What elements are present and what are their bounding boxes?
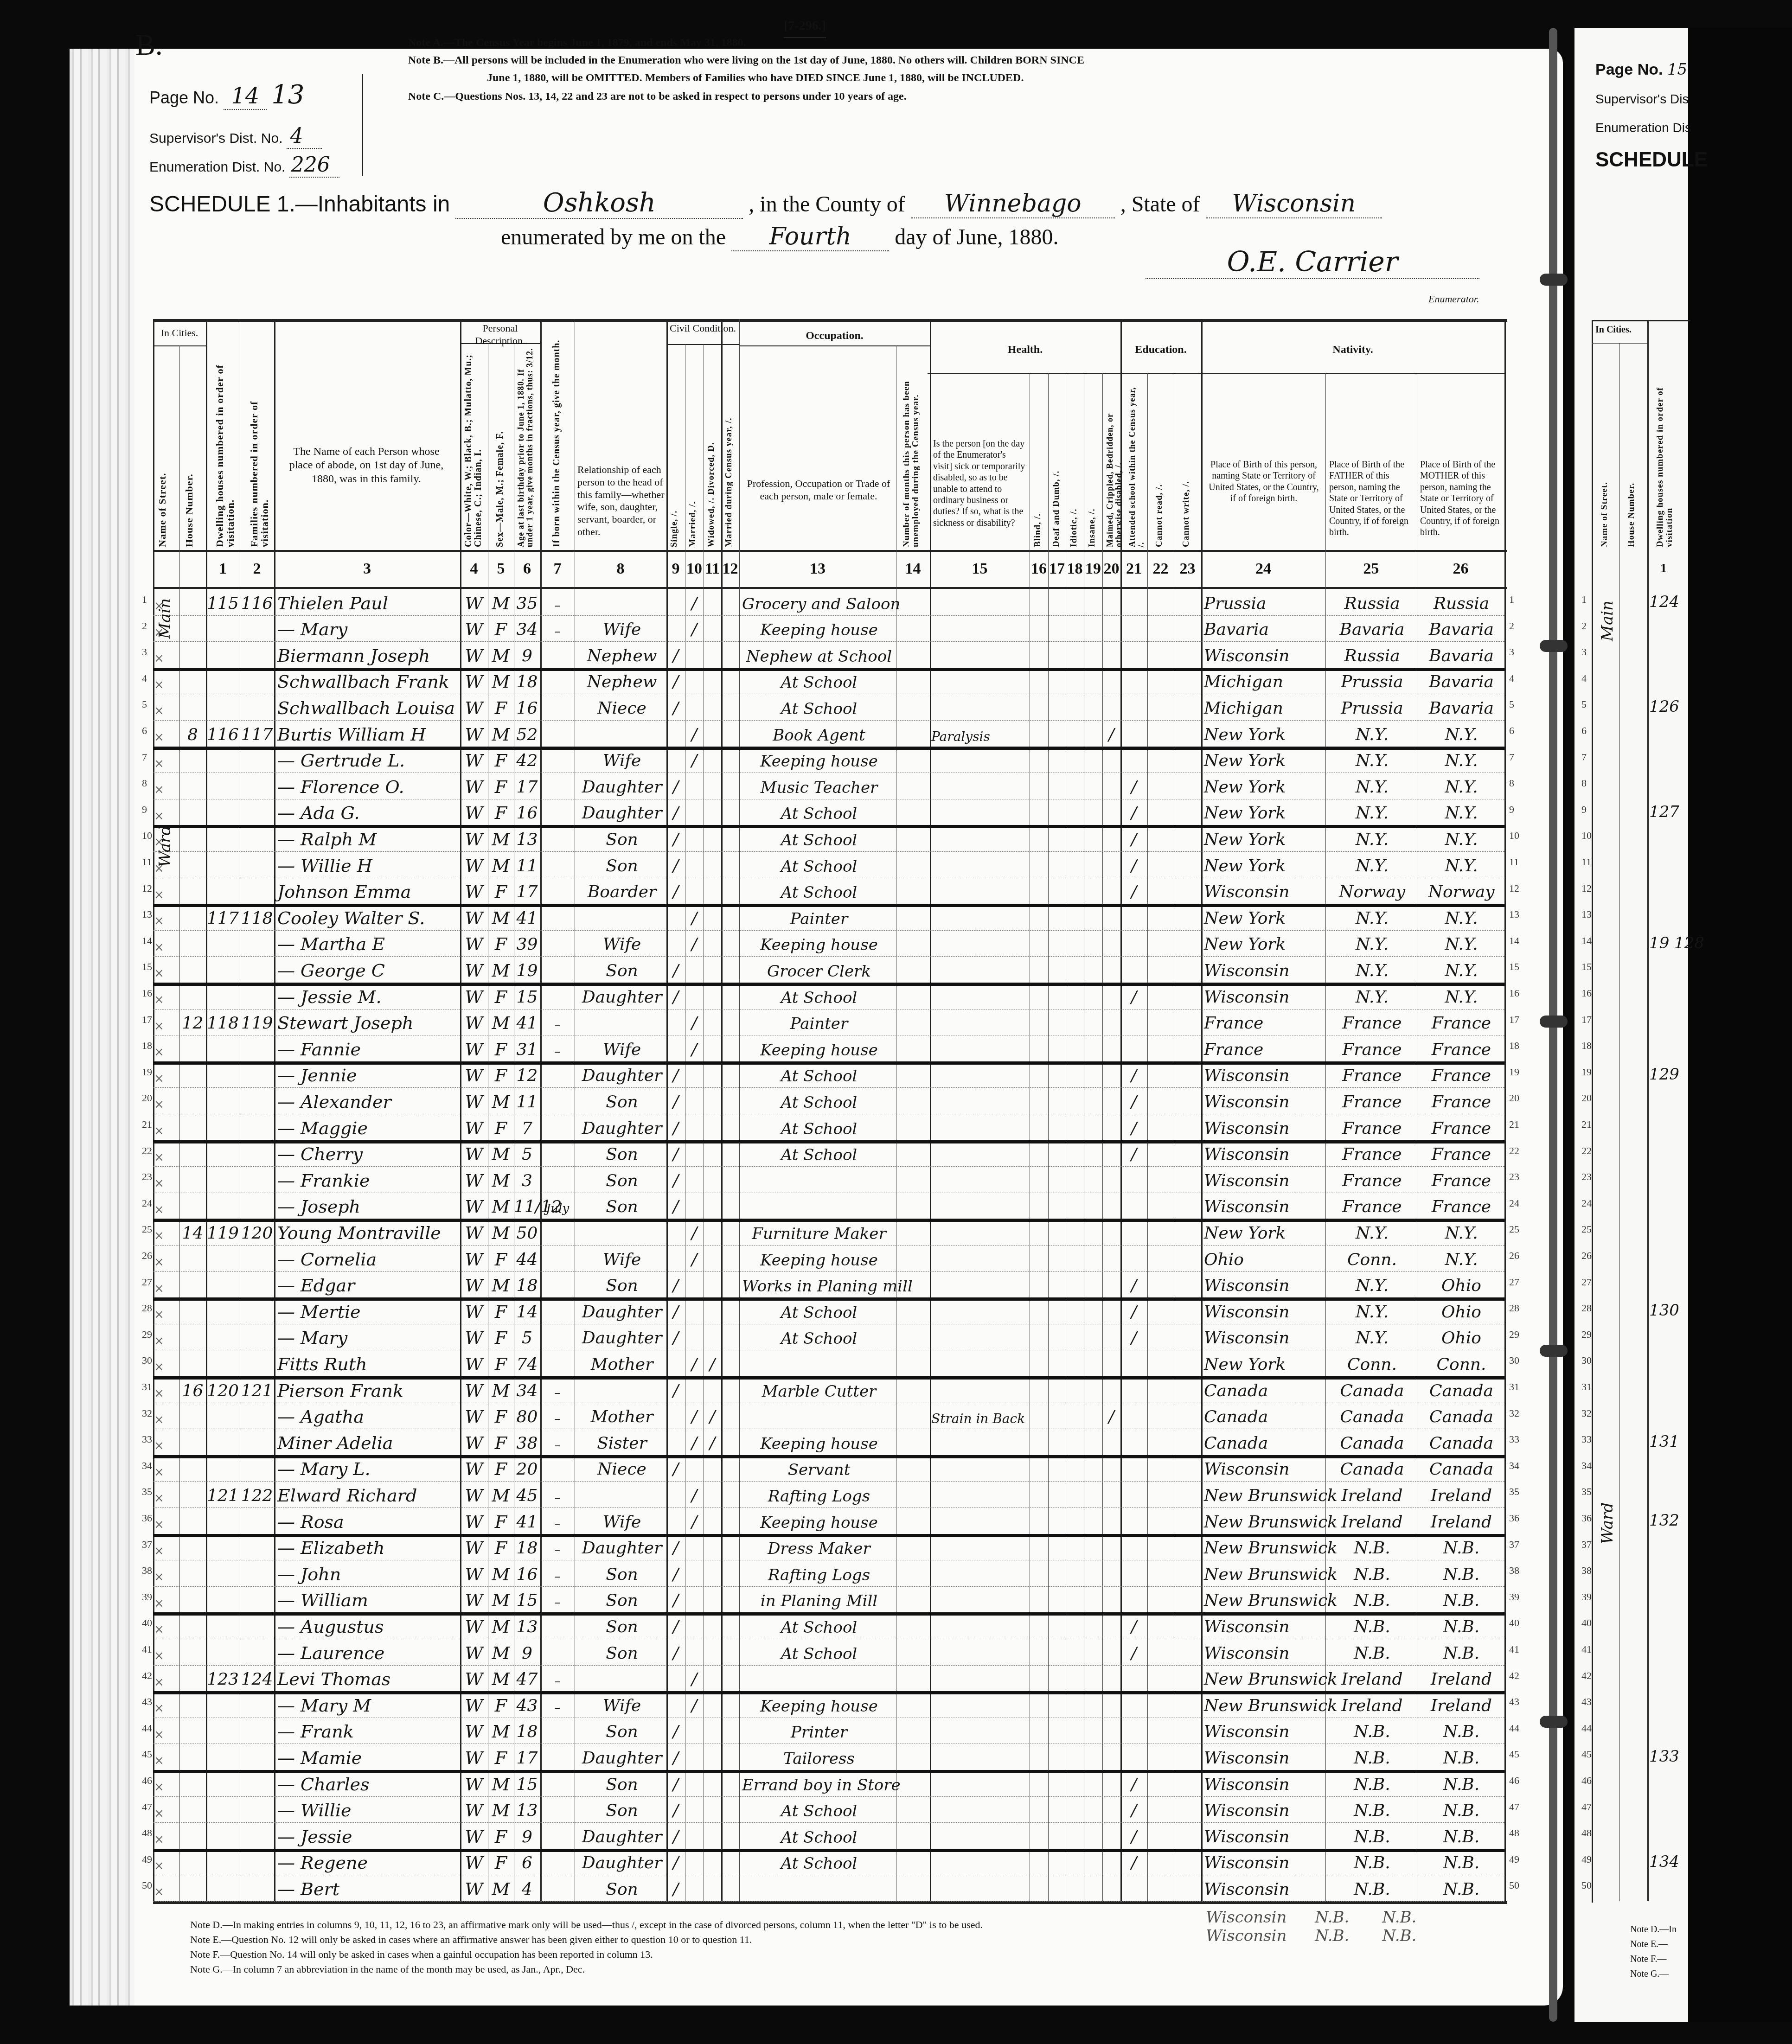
cell-sex: M	[488, 724, 514, 745]
cell-name: Cooley Walter S.	[277, 908, 460, 928]
row-number-right: 7	[1509, 751, 1514, 763]
cell-name: Schwallbach Frank	[277, 671, 460, 692]
cell-mother: N.B.	[1418, 1591, 1504, 1610]
cell-relation: Mother	[577, 1407, 666, 1426]
cell-color: W	[460, 1433, 488, 1453]
cell-father: N.Y.	[1327, 778, 1417, 797]
cell-mother: N.Y.	[1418, 804, 1504, 823]
cell-mother: Canada	[1418, 1460, 1504, 1479]
cell-name: — Bert	[277, 1879, 460, 1899]
cell-color: W	[460, 593, 488, 613]
cell-relation: Son	[577, 1171, 666, 1190]
census-row: 131313117118Cooley Walter S.WM41/Painter…	[0, 904, 1792, 930]
cell-occupation: Keeping house	[742, 1697, 896, 1716]
cell-father: N.B.	[1327, 1801, 1417, 1820]
cell-age: 16	[514, 699, 540, 718]
cell-birth: New York	[1204, 856, 1325, 875]
cell-birth: Wisconsin	[1204, 1880, 1325, 1899]
row-number: 40	[142, 1617, 152, 1629]
cell-color: W	[460, 856, 488, 876]
row-number: 6	[142, 725, 147, 737]
cell-sex: F	[488, 1118, 514, 1138]
next-row-number: 50	[1581, 1879, 1592, 1891]
cell-father: N.Y.	[1327, 856, 1417, 875]
cell-occupation: At School	[742, 1802, 896, 1820]
street-annotation-main: Main	[156, 598, 174, 639]
cell-sex: M	[488, 1013, 514, 1033]
cell-age: 44	[514, 1250, 540, 1269]
cell-married: /	[685, 1513, 704, 1532]
cell-widowed: /	[704, 1355, 721, 1374]
cell-occupation: Printer	[742, 1723, 896, 1742]
cell-birth: New York	[1204, 1355, 1325, 1374]
row-number: 8	[142, 777, 147, 789]
cell-age: 41	[514, 1513, 540, 1532]
cell-age: 18	[514, 1276, 540, 1295]
header-c17: Deaf and Dumb, /.	[1052, 445, 1061, 547]
row-number-right: 29	[1509, 1329, 1519, 1341]
cell-color: W	[460, 1827, 488, 1847]
cell-occupation: Painter	[742, 910, 896, 928]
cell-relation: Wife	[577, 1250, 666, 1269]
cell-month: –	[540, 1045, 575, 1059]
next-row-number: 26	[1581, 1250, 1592, 1262]
cell-single: /	[666, 1145, 685, 1164]
cell-mother: N.Y.	[1418, 988, 1504, 1007]
census-row: 31313116120121Pierson FrankWM34–/Marble …	[0, 1376, 1792, 1403]
cell-father: Canada	[1327, 1460, 1417, 1479]
cell-sex: M	[488, 1616, 514, 1637]
cell-name: — Gertrude L.	[277, 750, 460, 771]
column-number: 19	[1084, 560, 1102, 578]
check-mark-icon: ×	[154, 1754, 164, 1768]
cell-family: 120	[240, 1224, 274, 1243]
census-row: 888— Florence O.WF17Daughter/Music Teach…	[0, 773, 1792, 799]
cell-birth: Wisconsin	[1204, 1853, 1325, 1872]
cell-sex: M	[488, 1092, 514, 1112]
cell-age: 34	[514, 620, 540, 639]
cell-relation: Son	[577, 961, 666, 980]
next-schedule-label: SCHEDULE	[1595, 148, 1708, 172]
cell-married: /	[685, 751, 704, 770]
street-annotation-ward: Ward	[156, 825, 174, 867]
next-dwelling-value: 129	[1649, 1065, 1679, 1084]
cell-mother: Ireland	[1418, 1486, 1504, 1505]
census-row: 494949— RegeneWF6Daughter/At School/Wisc…	[0, 1849, 1792, 1875]
cell-age: 31	[514, 1040, 540, 1059]
cell-color: W	[460, 960, 488, 981]
cell-relation: Son	[577, 1197, 666, 1216]
cell-age: 42	[514, 751, 540, 770]
check-mark-icon: ×	[154, 1675, 164, 1689]
cell-school: /	[1120, 1775, 1147, 1794]
cell-mother: N.Y.	[1418, 1224, 1504, 1243]
check-mark-icon: ×	[154, 1334, 164, 1348]
cell-school: /	[1120, 1801, 1147, 1820]
cell-month: –	[540, 1543, 575, 1557]
next-row-number: 9	[1581, 804, 1587, 816]
note-g: Note G.—In column 7 an abbreviation in t…	[190, 1962, 1210, 1977]
cell-occupation: Keeping house	[742, 1435, 896, 1453]
row-number-right: 1	[1509, 594, 1514, 606]
cell-mother: France	[1418, 1092, 1504, 1111]
cell-occupation: Keeping house	[742, 621, 896, 639]
header-c1: Dwelling houses numbered in order of vis…	[214, 352, 236, 547]
overflow-mother: N.B.	[1382, 1908, 1416, 1927]
cell-name: Elward Richard	[277, 1485, 460, 1506]
cell-age: 17	[514, 778, 540, 797]
next-row-number: 31	[1581, 1381, 1592, 1393]
cell-school: /	[1120, 988, 1147, 1007]
header-brace	[362, 74, 363, 176]
column-number: 12	[721, 560, 739, 578]
cell-family: 119	[240, 1014, 274, 1033]
cell-birth: Prussia	[1204, 594, 1325, 613]
cell-father: France	[1327, 1014, 1417, 1033]
cell-color: W	[460, 1328, 488, 1348]
cell-birth: Wisconsin	[1204, 1171, 1325, 1190]
row-number: 27	[142, 1276, 152, 1288]
cell-name: Biermann Joseph	[277, 645, 460, 666]
cell-occupation: Marble Cutter	[742, 1382, 896, 1401]
row-number-right: 18	[1509, 1040, 1519, 1052]
cell-married: /	[685, 620, 704, 639]
check-mark-icon: ×	[154, 1255, 164, 1269]
cell-occupation: Grocer Clerk	[742, 962, 896, 981]
next-page-no-label: Page No.	[1595, 61, 1663, 78]
cell-school: /	[1120, 856, 1147, 875]
next-dwelling-value: 127	[1649, 803, 1679, 821]
row-number-right: 43	[1509, 1696, 1519, 1708]
census-row: 484848— JessieWF9Daughter/At School/Wisc…	[0, 1822, 1792, 1849]
cell-mother: Ireland	[1418, 1670, 1504, 1689]
cell-sex: M	[488, 908, 514, 928]
cell-age: 80	[514, 1407, 540, 1426]
cell-color: W	[460, 645, 488, 666]
note-b-cont: June 1, 1880, will be OMITTED. Members o…	[487, 72, 1024, 83]
cell-school: /	[1120, 1119, 1147, 1138]
cell-occupation: At School	[742, 1828, 896, 1847]
cell-month: –	[540, 1570, 575, 1584]
cell-school: /	[1120, 830, 1147, 849]
row-number: 12	[142, 882, 152, 894]
next-row-number: 19	[1581, 1066, 1592, 1078]
cell-color: W	[460, 803, 488, 823]
column-number: 17	[1048, 560, 1066, 578]
cell-age: 74	[514, 1355, 540, 1374]
row-number-right: 8	[1509, 777, 1514, 789]
next-row-number: 29	[1581, 1329, 1592, 1341]
cell-occupation: At School	[742, 831, 896, 850]
next-header-street: Name of Street.	[1600, 394, 1609, 547]
overflow-entry: Wisconsin N.B. N.B.	[1206, 1927, 1416, 1945]
cell-name: Pierson Frank	[277, 1380, 460, 1401]
cell-single: /	[666, 1381, 685, 1400]
next-page-no-value: 15	[1667, 60, 1687, 79]
cell-relation: Niece	[577, 699, 666, 718]
cell-mother: Bavaria	[1418, 672, 1504, 691]
cell-birth: New Brunswick	[1204, 1591, 1325, 1610]
cell-father: Norway	[1327, 882, 1417, 901]
cell-occupation: At School	[742, 1645, 896, 1663]
cell-dwelling: 120	[206, 1381, 240, 1400]
row-number-right: 25	[1509, 1223, 1519, 1235]
next-row-number: 18	[1581, 1040, 1592, 1052]
cell-birth: France	[1204, 1040, 1325, 1059]
cell-birth: New York	[1204, 830, 1325, 849]
cell-birth: Michigan	[1204, 672, 1325, 691]
cell-color: W	[460, 1039, 488, 1060]
census-row: 161616— Jessie M.WF15Daughter/At School/…	[0, 983, 1792, 1009]
cell-occupation: Errand boy in Store	[742, 1776, 896, 1795]
census-row: 232323— FrankieWM3Son/WisconsinFranceFra…	[0, 1166, 1792, 1193]
next-row-number: 15	[1581, 961, 1592, 973]
header-c18: Idiotic, /.	[1069, 464, 1079, 547]
cell-age: 15	[514, 1591, 540, 1610]
cell-name: Schwallbach Louisa	[277, 698, 460, 718]
next-dwelling-value: 134	[1649, 1852, 1679, 1871]
next-row-number: 13	[1581, 908, 1592, 920]
cell-father: Russia	[1327, 594, 1417, 613]
row-number-right: 44	[1509, 1722, 1519, 1734]
cell-sex: M	[488, 1800, 514, 1820]
cell-color: W	[460, 1538, 488, 1558]
enumeration-field: Enumeration Dist. No. 226	[149, 153, 339, 177]
check-mark-icon: ×	[154, 1019, 164, 1033]
cell-relation: Wife	[577, 1513, 666, 1532]
cell-birth: New Brunswick	[1204, 1513, 1325, 1532]
row-number-right: 24	[1509, 1197, 1519, 1209]
next-street-ward: Ward	[1598, 1502, 1617, 1544]
row-number: 4	[142, 672, 147, 684]
cell-mother: N.B.	[1418, 1722, 1504, 1741]
row-number-right: 27	[1509, 1276, 1519, 1288]
census-row: 414141— LaurenceWM9Son/At School/Wiscons…	[0, 1639, 1792, 1665]
date-suffix: day of June, 1880.	[895, 225, 1058, 249]
cell-father: N.B.	[1327, 1722, 1417, 1741]
check-mark-icon: ×	[154, 1203, 164, 1217]
cell-father: France	[1327, 1119, 1417, 1138]
cell-color: W	[460, 1748, 488, 1768]
check-mark-icon: ×	[154, 993, 164, 1007]
next-row-number: 17	[1581, 1014, 1592, 1026]
cell-birth: Wisconsin	[1204, 646, 1325, 665]
cell-mother: N.B.	[1418, 1775, 1504, 1794]
cell-color: W	[460, 1879, 488, 1899]
cell-mother: N.Y.	[1418, 751, 1504, 770]
check-mark-icon: ×	[154, 757, 164, 771]
row-number-right: 5	[1509, 698, 1514, 710]
cell-school: /	[1120, 1644, 1147, 1663]
census-row: 777— Gertrude L.WF42Wife/Keeping houseNe…	[0, 747, 1792, 773]
cell-single: /	[666, 882, 685, 901]
cell-sex: M	[488, 645, 514, 666]
cell-relation: Daughter	[577, 1303, 666, 1322]
cell-married: /	[685, 1040, 704, 1059]
cell-birth: Wisconsin	[1204, 961, 1325, 980]
supervisor-value: 4	[287, 124, 322, 149]
census-row: 353535121122Elward RichardWM45–/Rafting …	[0, 1481, 1792, 1507]
cell-house: 12	[179, 1014, 206, 1033]
column-number: 18	[1066, 560, 1084, 578]
table-top-border	[153, 319, 1507, 322]
next-header-dwelling: Dwelling houses numbered in order of vis…	[1656, 352, 1674, 547]
cell-relation: Daughter	[577, 1329, 666, 1348]
column-number: 10	[685, 560, 704, 578]
cell-sex: F	[488, 1328, 514, 1348]
cell-father: Prussia	[1327, 672, 1417, 691]
cell-father: N.B.	[1327, 1880, 1417, 1899]
cell-father: Canada	[1327, 1381, 1417, 1400]
column-number: 15	[930, 560, 1030, 578]
next-row-number: 11	[1581, 856, 1591, 868]
cell-father: Ireland	[1327, 1670, 1417, 1689]
header-c20: Maimed, Crippled, Bedridden, or otherwis…	[1106, 380, 1123, 547]
cell-occupation: At School	[742, 1093, 896, 1112]
cell-sex: F	[488, 1406, 514, 1427]
check-mark-icon: ×	[154, 1072, 164, 1086]
header-house: House Number.	[184, 371, 194, 547]
row-number-right: 14	[1509, 935, 1519, 947]
cell-relation: Son	[577, 1092, 666, 1111]
next-row-number: 22	[1581, 1145, 1592, 1157]
cell-single: /	[666, 830, 685, 849]
cell-color: W	[460, 1170, 488, 1191]
cell-relation: Daughter	[577, 1827, 666, 1846]
cell-name: — Cherry	[277, 1144, 460, 1164]
cell-relation: Son	[577, 856, 666, 875]
cell-name: — Jessie M.	[277, 987, 460, 1007]
cell-age: 15	[514, 1775, 540, 1794]
row-number: 20	[142, 1092, 152, 1104]
row-number-right: 10	[1509, 830, 1519, 842]
cell-name: — Frank	[277, 1721, 460, 1742]
cell-relation: Son	[577, 1880, 666, 1899]
next-row-number: 45	[1581, 1748, 1592, 1760]
cell-name: — Mary M	[277, 1695, 460, 1716]
check-mark-icon: ×	[154, 1282, 164, 1296]
supervisor-label: Supervisor's Dist. No.	[149, 131, 282, 146]
cell-occupation: At School	[742, 857, 896, 876]
cell-occupation: At School	[742, 1618, 896, 1637]
row-number: 47	[142, 1801, 152, 1813]
census-row: 333Biermann JosephWM9Nephew/Nephew at Sc…	[0, 641, 1792, 668]
cell-married: /	[685, 1670, 704, 1689]
cell-sex: M	[488, 1721, 514, 1742]
cell-birth: Canada	[1204, 1434, 1325, 1453]
cell-sex: M	[488, 593, 514, 613]
cell-sex: M	[488, 960, 514, 981]
cell-mother: N.B.	[1418, 1644, 1504, 1663]
next-row-number: 12	[1581, 882, 1592, 894]
cell-school: /	[1120, 1329, 1147, 1348]
cell-month: –	[540, 1674, 575, 1688]
cell-single: /	[666, 1171, 685, 1190]
cell-sex: F	[488, 1512, 514, 1532]
page-no-label: Page No.	[149, 88, 219, 107]
census-row: 373737— ElizabethWF18–Daughter/Dress Mak…	[0, 1534, 1792, 1560]
check-mark-icon: ×	[154, 966, 164, 980]
cell-family: 117	[240, 725, 274, 744]
cell-age: 43	[514, 1696, 540, 1715]
group-line	[1201, 373, 1504, 374]
cell-age: 9	[514, 646, 540, 665]
enumerated-line: enumerated by me on the Fourth day of Ju…	[501, 223, 1058, 251]
row-divider	[153, 1901, 1504, 1902]
cell-father: Ireland	[1327, 1486, 1417, 1505]
cell-mother: N.B.	[1418, 1565, 1504, 1584]
check-mark-icon: ×	[154, 1597, 164, 1610]
census-row: 262626— CorneliaWF44Wife/Keeping houseOh…	[0, 1245, 1792, 1271]
row-number: 34	[142, 1460, 152, 1472]
column-number: 16	[1030, 560, 1048, 578]
cell-sex: M	[488, 1774, 514, 1795]
cell-mother: N.Y.	[1418, 909, 1504, 928]
cell-age: 15	[514, 988, 540, 1007]
row-number: 5	[142, 698, 147, 710]
column-number: 21	[1120, 560, 1147, 578]
column-number: 7	[540, 560, 575, 578]
cell-age: 13	[514, 830, 540, 849]
next-row-number: 32	[1581, 1407, 1592, 1419]
cell-age: 17	[514, 1749, 540, 1768]
next-bottom-notes: Note D.—In Note E.— Note F.— Note G.—	[1630, 1922, 1677, 1981]
check-mark-icon: ×	[154, 1360, 164, 1374]
cell-birth: Wisconsin	[1204, 1329, 1325, 1348]
cell-widowed: /	[704, 1407, 721, 1426]
row-number: 22	[142, 1145, 152, 1157]
row-number-right: 46	[1509, 1775, 1519, 1787]
cell-birth: Canada	[1204, 1407, 1325, 1426]
enumerator-signature: O.E. Carrier	[1146, 246, 1479, 279]
next-row-number: 21	[1581, 1118, 1592, 1131]
check-mark-icon: ×	[154, 1098, 164, 1111]
next-row-number: 7	[1581, 751, 1587, 763]
check-mark-icon: ×	[154, 1045, 164, 1059]
check-mark-icon: ×	[154, 1701, 164, 1715]
cell-single: /	[666, 804, 685, 823]
cell-sex: F	[488, 1065, 514, 1086]
cell-mother: N.Y.	[1418, 725, 1504, 744]
column-number: 14	[896, 560, 930, 578]
next-row-number: 2	[1581, 620, 1587, 632]
cell-age: 11	[514, 1092, 540, 1111]
cell-sex: M	[488, 1223, 514, 1243]
supervisor-field: Supervisor's Dist. No. 4	[149, 124, 322, 148]
header-c21: Attended school within the Census year, …	[1128, 380, 1146, 547]
cell-mother: N.B.	[1418, 1801, 1504, 1820]
next-note-e: Note E.—	[1630, 1937, 1677, 1952]
header-c4: Color—White, W.; Black, B.; Mulatto, Mu.…	[464, 348, 483, 547]
next-dwelling-value: 130	[1649, 1301, 1679, 1320]
cell-relation: Son	[577, 1722, 666, 1741]
cell-color: W	[460, 934, 488, 954]
cell-father: N.B.	[1327, 1539, 1417, 1558]
cell-birth: Wisconsin	[1204, 1775, 1325, 1794]
enumeration-label: Enumeration Dist. No.	[149, 160, 285, 175]
cell-age: 16	[514, 804, 540, 823]
row-number: 21	[142, 1118, 152, 1131]
header-c22: Cannot read, /.	[1155, 454, 1164, 547]
next-dwelling-value: 132	[1649, 1511, 1679, 1530]
row-number-right: 12	[1509, 882, 1519, 894]
note-b: Note B.—All persons will be included in …	[408, 55, 1084, 66]
cell-dwelling: 123	[206, 1670, 240, 1689]
cell-sex: F	[488, 1354, 514, 1374]
cell-occupation: At School	[742, 1120, 896, 1138]
cell-occupation: Keeping house	[742, 752, 896, 771]
census-row: 272727— EdgarWM18Son/Works in Planing mi…	[0, 1271, 1792, 1298]
